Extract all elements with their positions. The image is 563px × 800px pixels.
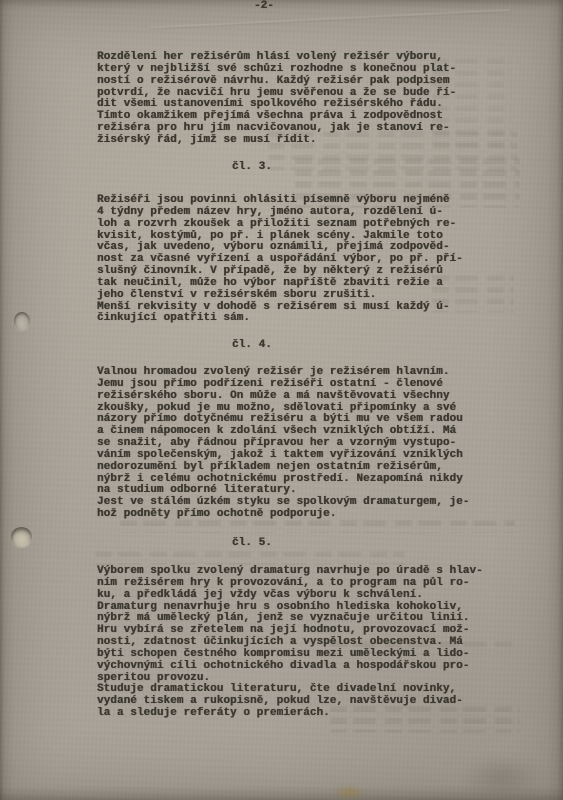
paragraph-4: Výborem spolku zvolený dramaturg navrhuj… <box>97 566 537 720</box>
bleed-through-artifact <box>120 520 515 533</box>
paragraph-3: Valnou hromadou zvolený režisér je režis… <box>97 367 537 521</box>
punch-hole-bottom <box>11 527 32 547</box>
section-heading-cl-3: čl. 3. <box>232 162 272 174</box>
section-heading-cl-5: čl. 5. <box>232 538 272 550</box>
scanned-page: -2- Rozdělení her režisérům hlásí volený… <box>0 0 563 800</box>
crease-line <box>150 9 510 30</box>
shadow-smudge <box>462 755 542 800</box>
punch-hole-top <box>14 312 30 330</box>
paragraph-1: Rozdělení her režisérům hlásí volený rež… <box>97 52 537 147</box>
section-heading-cl-4: čl. 4. <box>232 340 272 352</box>
stain-mark <box>333 785 365 800</box>
page-number: -2- <box>254 1 274 13</box>
bleed-through-artifact <box>95 551 405 565</box>
paragraph-2: Režiséři jsou povinni ohlásiti písemně v… <box>97 195 537 325</box>
